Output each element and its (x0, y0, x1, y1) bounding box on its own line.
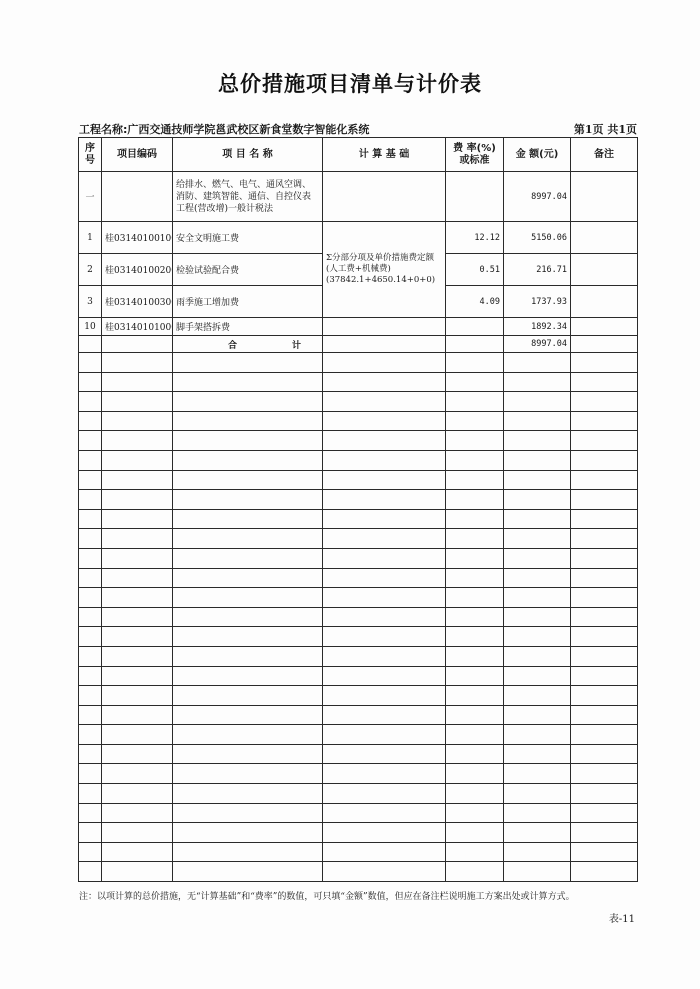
empty-cell (79, 784, 102, 804)
empty-cell (173, 823, 323, 843)
empty-cell (571, 568, 638, 588)
item-amount: 5150.06 (504, 222, 571, 254)
empty-row (79, 548, 638, 568)
empty-cell (173, 646, 323, 666)
empty-cell (173, 744, 323, 764)
empty-cell (323, 568, 446, 588)
empty-row (79, 529, 638, 549)
empty-cell (446, 803, 504, 823)
empty-cell (173, 588, 323, 608)
empty-cell (504, 862, 571, 882)
item-remark (571, 286, 638, 318)
item-amount: 216.71 (504, 254, 571, 286)
empty-cell (102, 784, 173, 804)
empty-cell (102, 568, 173, 588)
empty-cell (323, 627, 446, 647)
empty-cell (323, 548, 446, 568)
empty-cell (504, 490, 571, 510)
item-name: 雨季施工增加费 (173, 286, 323, 318)
empty-cell (102, 509, 173, 529)
empty-cell (173, 431, 323, 451)
group-basis (323, 172, 446, 222)
empty-cell (173, 666, 323, 686)
empty-cell (571, 705, 638, 725)
empty-cell (102, 705, 173, 725)
item-rate (446, 318, 504, 336)
measures-table: 序号 项目编码 项 目 名 称 计 算 基 础 费 率(%) 或标准 金 额(元… (78, 137, 638, 882)
empty-cell (323, 490, 446, 510)
empty-cell (571, 353, 638, 373)
empty-cell (446, 392, 504, 412)
empty-cell (571, 842, 638, 862)
item-name: 脚手架搭拆费 (173, 318, 323, 336)
empty-cell (102, 392, 173, 412)
empty-row (79, 686, 638, 706)
empty-cell (79, 666, 102, 686)
empty-cell (504, 411, 571, 431)
empty-cell (173, 725, 323, 745)
empty-cell (102, 490, 173, 510)
empty-cell (571, 725, 638, 745)
item-code: 桂031401010001 (102, 318, 173, 336)
empty-cell (79, 842, 102, 862)
empty-cell (571, 686, 638, 706)
empty-cell (323, 450, 446, 470)
empty-cell (571, 784, 638, 804)
empty-cell (504, 744, 571, 764)
empty-cell (446, 607, 504, 627)
empty-cell (571, 392, 638, 412)
empty-cell (571, 607, 638, 627)
empty-row (79, 705, 638, 725)
group-name: 给排水、燃气、电气、通风空调、消防、建筑智能、通信、自控仪表工程(营改增)一般计… (173, 172, 323, 222)
empty-cell (446, 450, 504, 470)
empty-row (79, 803, 638, 823)
empty-cell (504, 470, 571, 490)
empty-cell (102, 803, 173, 823)
empty-cell (102, 842, 173, 862)
empty-cell (79, 607, 102, 627)
item-basis-shared: Σ分部分项及单价措施费定额(人工费+机械费)(37842.1+4650.14+0… (323, 222, 446, 318)
empty-cell (446, 588, 504, 608)
empty-cell (446, 705, 504, 725)
empty-row (79, 588, 638, 608)
empty-cell (571, 646, 638, 666)
empty-cell (173, 803, 323, 823)
empty-row (79, 784, 638, 804)
empty-cell (102, 411, 173, 431)
item-rate: 4.09 (446, 286, 504, 318)
empty-cell (102, 725, 173, 745)
empty-cell (79, 411, 102, 431)
empty-cell (79, 588, 102, 608)
empty-cell (79, 548, 102, 568)
empty-cell (173, 686, 323, 706)
empty-row (79, 353, 638, 373)
empty-cell (323, 862, 446, 882)
empty-cell (446, 646, 504, 666)
empty-cell (173, 764, 323, 784)
item-rate: 0.51 (446, 254, 504, 286)
empty-row (79, 411, 638, 431)
empty-cell (323, 784, 446, 804)
empty-row (79, 392, 638, 412)
empty-cell (323, 725, 446, 745)
empty-cell (446, 548, 504, 568)
empty-cell (504, 627, 571, 647)
empty-cell (79, 529, 102, 549)
empty-cell (173, 509, 323, 529)
empty-cell (323, 411, 446, 431)
empty-cell (446, 744, 504, 764)
empty-cell (571, 803, 638, 823)
table-row: 10 桂031401010001 脚手架搭拆费 1892.34 (79, 318, 638, 336)
empty-cell (571, 744, 638, 764)
empty-cell (173, 411, 323, 431)
empty-cell (504, 529, 571, 549)
page-info: 第1页 共1页 (574, 121, 637, 137)
empty-cell (446, 725, 504, 745)
empty-row (79, 627, 638, 647)
total-remark (571, 336, 638, 353)
empty-cell (79, 686, 102, 706)
empty-cell (173, 568, 323, 588)
empty-cell (446, 666, 504, 686)
empty-row (79, 862, 638, 882)
empty-cell (79, 705, 102, 725)
empty-row (79, 666, 638, 686)
empty-cell (173, 450, 323, 470)
item-name: 检验试验配合费 (173, 254, 323, 286)
empty-cell (323, 588, 446, 608)
empty-cell (173, 784, 323, 804)
table-row: 1 桂031401001001 安全文明施工费 Σ分部分项及单价措施费定额(人工… (79, 222, 638, 254)
empty-cell (504, 372, 571, 392)
empty-cell (173, 372, 323, 392)
col-remark: 备注 (571, 138, 638, 172)
empty-cell (323, 823, 446, 843)
empty-cell (504, 509, 571, 529)
empty-row (79, 607, 638, 627)
empty-cell (504, 588, 571, 608)
empty-cell (323, 431, 446, 451)
empty-cell (504, 548, 571, 568)
empty-cell (79, 862, 102, 882)
empty-cell (102, 862, 173, 882)
empty-cell (571, 764, 638, 784)
empty-cell (504, 725, 571, 745)
item-remark (571, 318, 638, 336)
empty-cell (504, 803, 571, 823)
empty-cell (571, 862, 638, 882)
project-label: 工程名称: (79, 123, 127, 136)
col-code: 项目编码 (102, 138, 173, 172)
empty-cell (571, 823, 638, 843)
empty-cell (504, 784, 571, 804)
empty-cell (173, 607, 323, 627)
empty-cell (571, 509, 638, 529)
empty-cell (79, 823, 102, 843)
empty-cell (102, 666, 173, 686)
empty-cell (79, 764, 102, 784)
empty-cell (102, 548, 173, 568)
empty-row (79, 372, 638, 392)
empty-cell (571, 431, 638, 451)
empty-cell (571, 470, 638, 490)
empty-cell (504, 764, 571, 784)
empty-cell (79, 431, 102, 451)
empty-cell (446, 490, 504, 510)
empty-row (79, 646, 638, 666)
empty-cell (173, 842, 323, 862)
empty-row (79, 470, 638, 490)
empty-row (79, 431, 638, 451)
empty-cell (571, 411, 638, 431)
empty-cell (102, 431, 173, 451)
table-header: 序号 项目编码 项 目 名 称 计 算 基 础 费 率(%) 或标准 金 额(元… (79, 138, 638, 172)
empty-cell (446, 862, 504, 882)
item-amount: 1737.93 (504, 286, 571, 318)
empty-cell (79, 470, 102, 490)
form-number: 表-11 (609, 910, 635, 925)
empty-cell (102, 470, 173, 490)
page-title: 总价措施项目清单与计价表 (0, 68, 700, 98)
empty-cell (323, 705, 446, 725)
empty-cell (446, 568, 504, 588)
item-no: 2 (79, 254, 102, 286)
empty-cell (102, 823, 173, 843)
empty-cell (446, 411, 504, 431)
empty-cell (173, 470, 323, 490)
empty-cell (446, 353, 504, 373)
empty-cell (571, 588, 638, 608)
col-rate: 费 率(%) 或标准 (446, 138, 504, 172)
empty-cell (323, 353, 446, 373)
empty-cell (446, 431, 504, 451)
empty-cell (173, 862, 323, 882)
empty-cell (446, 470, 504, 490)
empty-cell (504, 666, 571, 686)
item-name: 安全文明施工费 (173, 222, 323, 254)
empty-cell (79, 372, 102, 392)
empty-cell (79, 627, 102, 647)
group-amount: 8997.04 (504, 172, 571, 222)
empty-cell (504, 607, 571, 627)
empty-cell (504, 705, 571, 725)
empty-cell (504, 568, 571, 588)
empty-row (79, 744, 638, 764)
empty-cell (323, 607, 446, 627)
empty-cell (323, 803, 446, 823)
empty-cell (323, 529, 446, 549)
empty-cell (79, 353, 102, 373)
empty-row (79, 842, 638, 862)
empty-cell (323, 744, 446, 764)
total-basis (323, 336, 446, 353)
empty-cell (504, 823, 571, 843)
total-label: 合计 (173, 336, 323, 353)
empty-cell (323, 842, 446, 862)
item-rate: 12.12 (446, 222, 504, 254)
empty-cell (102, 744, 173, 764)
group-code (102, 172, 173, 222)
group-rate (446, 172, 504, 222)
empty-cell (79, 568, 102, 588)
empty-row (79, 823, 638, 843)
empty-cell (173, 353, 323, 373)
empty-cell (571, 490, 638, 510)
item-code: 桂031401001001 (102, 222, 173, 254)
item-remark (571, 222, 638, 254)
item-no: 3 (79, 286, 102, 318)
empty-row (79, 450, 638, 470)
col-name: 项 目 名 称 (173, 138, 323, 172)
empty-cell (173, 705, 323, 725)
empty-row (79, 568, 638, 588)
empty-cell (446, 823, 504, 843)
empty-cell (446, 529, 504, 549)
empty-cell (323, 646, 446, 666)
empty-row (79, 509, 638, 529)
empty-cell (79, 725, 102, 745)
project-value: 广西交通技师学院邕武校区新食堂数字智能化系统 (127, 123, 369, 136)
empty-cell (79, 450, 102, 470)
empty-cell (323, 764, 446, 784)
group-no: 一 (79, 172, 102, 222)
empty-cell (504, 842, 571, 862)
project-name: 工程名称:广西交通技师学院邕武校区新食堂数字智能化系统 (79, 121, 369, 137)
empty-cell (571, 372, 638, 392)
empty-cell (504, 353, 571, 373)
empty-row (79, 764, 638, 784)
total-amount: 8997.04 (504, 336, 571, 353)
empty-cell (323, 392, 446, 412)
empty-cell (446, 627, 504, 647)
empty-cell (323, 470, 446, 490)
empty-cell (79, 646, 102, 666)
item-basis (323, 318, 446, 336)
empty-cell (102, 588, 173, 608)
empty-cell (102, 646, 173, 666)
empty-cell (102, 627, 173, 647)
empty-cell (323, 686, 446, 706)
total-code (102, 336, 173, 353)
empty-cell (102, 764, 173, 784)
total-no (79, 336, 102, 353)
empty-cell (446, 842, 504, 862)
empty-cell (571, 450, 638, 470)
empty-cell (323, 372, 446, 392)
empty-cell (79, 392, 102, 412)
group-row: 一 给排水、燃气、电气、通风空调、消防、建筑智能、通信、自控仪表工程(营改增)一… (79, 172, 638, 222)
item-remark (571, 254, 638, 286)
empty-cell (102, 686, 173, 706)
empty-row (79, 725, 638, 745)
item-code: 桂031401002001 (102, 254, 173, 286)
empty-cell (173, 548, 323, 568)
empty-cell (504, 392, 571, 412)
item-code: 桂031401003001 (102, 286, 173, 318)
empty-cell (79, 744, 102, 764)
empty-cell (504, 431, 571, 451)
item-no: 10 (79, 318, 102, 336)
footnote: 注：以项计算的总价措施，无“计算基础”和“费率”的数值，可只填“金额”数值，但应… (79, 889, 575, 902)
empty-cell (446, 764, 504, 784)
empty-cell (504, 686, 571, 706)
empty-cell (79, 803, 102, 823)
empty-cell (446, 509, 504, 529)
empty-cell (446, 784, 504, 804)
empty-cell (173, 490, 323, 510)
empty-cell (173, 627, 323, 647)
empty-cell (446, 372, 504, 392)
empty-cell (102, 607, 173, 627)
empty-cell (446, 686, 504, 706)
empty-cell (323, 509, 446, 529)
empty-cell (173, 529, 323, 549)
empty-cell (79, 490, 102, 510)
total-rate (446, 336, 504, 353)
empty-row (79, 490, 638, 510)
empty-cell (571, 627, 638, 647)
col-amount: 金 额(元) (504, 138, 571, 172)
empty-cell (571, 529, 638, 549)
col-no: 序号 (79, 138, 102, 172)
item-amount: 1892.34 (504, 318, 571, 336)
empty-cell (504, 646, 571, 666)
group-remark (571, 172, 638, 222)
empty-cell (102, 372, 173, 392)
empty-cell (504, 450, 571, 470)
total-row: 合计 8997.04 (79, 336, 638, 353)
empty-cell (102, 529, 173, 549)
empty-cell (102, 353, 173, 373)
empty-cell (571, 666, 638, 686)
empty-cell (102, 450, 173, 470)
empty-cell (323, 666, 446, 686)
empty-cell (79, 509, 102, 529)
col-basis: 计 算 基 础 (323, 138, 446, 172)
empty-cell (173, 392, 323, 412)
empty-cell (571, 548, 638, 568)
item-no: 1 (79, 222, 102, 254)
